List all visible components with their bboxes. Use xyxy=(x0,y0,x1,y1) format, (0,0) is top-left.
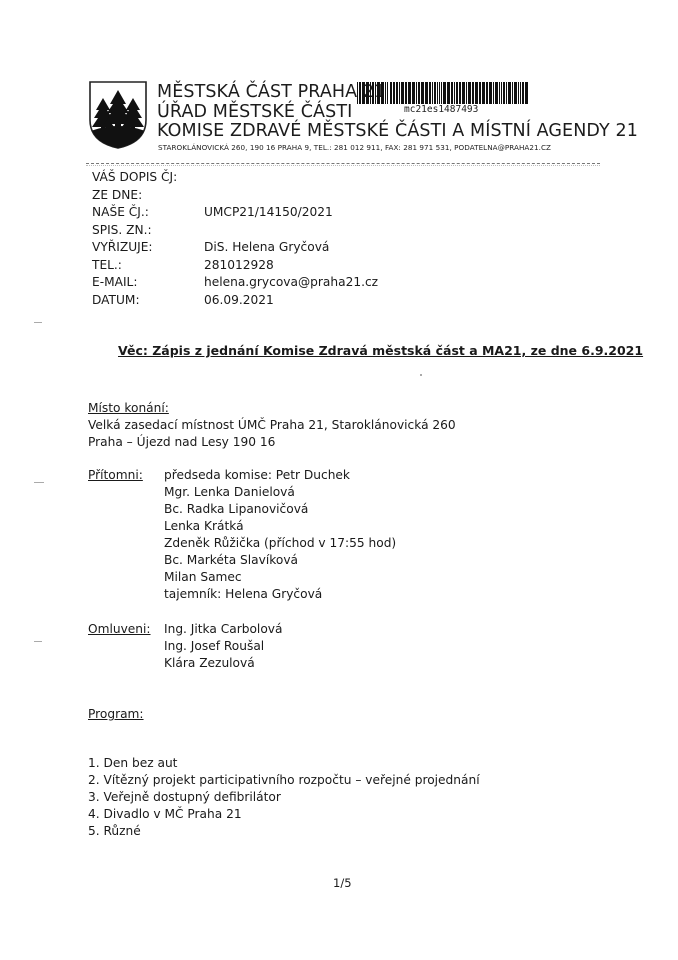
program-item: 2. Vítězný projekt participativního rozp… xyxy=(88,772,480,789)
place-line: Praha – Újezd nad Lesy 190 16 xyxy=(88,434,456,451)
attendee-name: tajemník: Helena Gryčová xyxy=(164,586,396,603)
place-line: Velká zasedací místnost ÚMČ Praha 21, St… xyxy=(88,417,456,434)
reference-label: VÁŠ DOPIS ČJ: xyxy=(92,169,204,187)
document-page: MĚSTSKÁ ČÁST PRAHA 21 ÚŘAD MĚSTSKÉ ČÁSTI… xyxy=(0,0,678,960)
reference-row: TEL.:281012928 xyxy=(92,257,378,275)
attendee-name: Milan Samec xyxy=(164,569,396,586)
present-label: Přítomni: xyxy=(88,467,143,484)
reference-label: ZE DNE: xyxy=(92,187,204,205)
header-office: ÚŘAD MĚSTSKÉ ČÁSTI xyxy=(157,102,352,122)
reference-label: E-MAIL: xyxy=(92,274,204,292)
reference-table: VÁŠ DOPIS ČJ:ZE DNE:NAŠE ČJ.:UMCP21/1415… xyxy=(92,169,378,309)
program-item: 3. Veřejně dostupný defibrilátor xyxy=(88,789,480,806)
place-section: Místo konání: Velká zasedací místnost ÚM… xyxy=(88,400,456,451)
program-item: 4. Divadlo v MČ Praha 21 xyxy=(88,806,480,823)
reference-value: UMCP21/14150/2021 xyxy=(204,204,333,222)
excused-name: Klára Zezulová xyxy=(164,655,282,672)
coat-of-arms-icon xyxy=(88,80,148,150)
scan-speck xyxy=(420,374,422,376)
scan-speck xyxy=(34,322,42,323)
header-address: STAROKLÁNOVICKÁ 260, 190 16 PRAHA 9, TEL… xyxy=(158,143,551,152)
excused-name: Ing. Jitka Carbolová xyxy=(164,621,282,638)
attendee-name: Bc. Radka Lipanovičová xyxy=(164,501,396,518)
present-list: předseda komise: Petr DuchekMgr. Lenka D… xyxy=(164,467,396,603)
reference-label: VYŘIZUJE: xyxy=(92,239,204,257)
excused-label: Omluveni: xyxy=(88,621,151,638)
page-number: 1/5 xyxy=(333,876,352,890)
reference-row: NAŠE ČJ.:UMCP21/14150/2021 xyxy=(92,204,378,222)
reference-label: TEL.: xyxy=(92,257,204,275)
place-label: Místo konání: xyxy=(88,400,456,417)
subject-title: Věc: Zápis z jednání Komise Zdravá městs… xyxy=(118,343,643,358)
reference-row: E-MAIL:helena.grycova@praha21.cz xyxy=(92,274,378,292)
program-item: 5. Různé xyxy=(88,823,480,840)
header-separator-shadow xyxy=(86,165,600,166)
reference-value: 06.09.2021 xyxy=(204,292,274,310)
reference-label: NAŠE ČJ.: xyxy=(92,204,204,222)
attendee-name: Zdeněk Růžička (příchod v 17:55 hod) xyxy=(164,535,396,552)
header-separator xyxy=(86,163,600,164)
program-list: 1. Den bez aut2. Vítězný projekt partici… xyxy=(88,755,480,840)
excused-name: Ing. Josef Roušal xyxy=(164,638,282,655)
program-label: Program: xyxy=(88,706,144,723)
reference-value: helena.grycova@praha21.cz xyxy=(204,274,378,292)
attendee-name: Lenka Krátká xyxy=(164,518,396,535)
program-item: 1. Den bez aut xyxy=(88,755,480,772)
attendee-name: Mgr. Lenka Danielová xyxy=(164,484,396,501)
reference-row: SPIS. ZN.: xyxy=(92,222,378,240)
attendee-name: předseda komise: Petr Duchek xyxy=(164,467,396,484)
attendee-name: Bc. Markéta Slavíková xyxy=(164,552,396,569)
reference-label: SPIS. ZN.: xyxy=(92,222,204,240)
excused-list: Ing. Jitka CarbolováIng. Josef RoušalKlá… xyxy=(164,621,282,672)
reference-row: VYŘIZUJE:DiS. Helena Gryčová xyxy=(92,239,378,257)
reference-value: DiS. Helena Gryčová xyxy=(204,239,329,257)
header-commission: KOMISE ZDRAVÉ MĚSTSKÉ ČÁSTI A MÍSTNÍ AGE… xyxy=(157,121,638,141)
scan-speck xyxy=(34,482,44,483)
scan-speck xyxy=(34,641,42,642)
header-municipality: MĚSTSKÁ ČÁST PRAHA 21 xyxy=(157,82,385,102)
reference-value: 281012928 xyxy=(204,257,274,275)
reference-label: DATUM: xyxy=(92,292,204,310)
barcode-text: mc21es1487493 xyxy=(404,104,478,115)
reference-row: DATUM:06.09.2021 xyxy=(92,292,378,310)
barcode-icon xyxy=(357,82,529,104)
reference-row: VÁŠ DOPIS ČJ: xyxy=(92,169,378,187)
reference-row: ZE DNE: xyxy=(92,187,378,205)
